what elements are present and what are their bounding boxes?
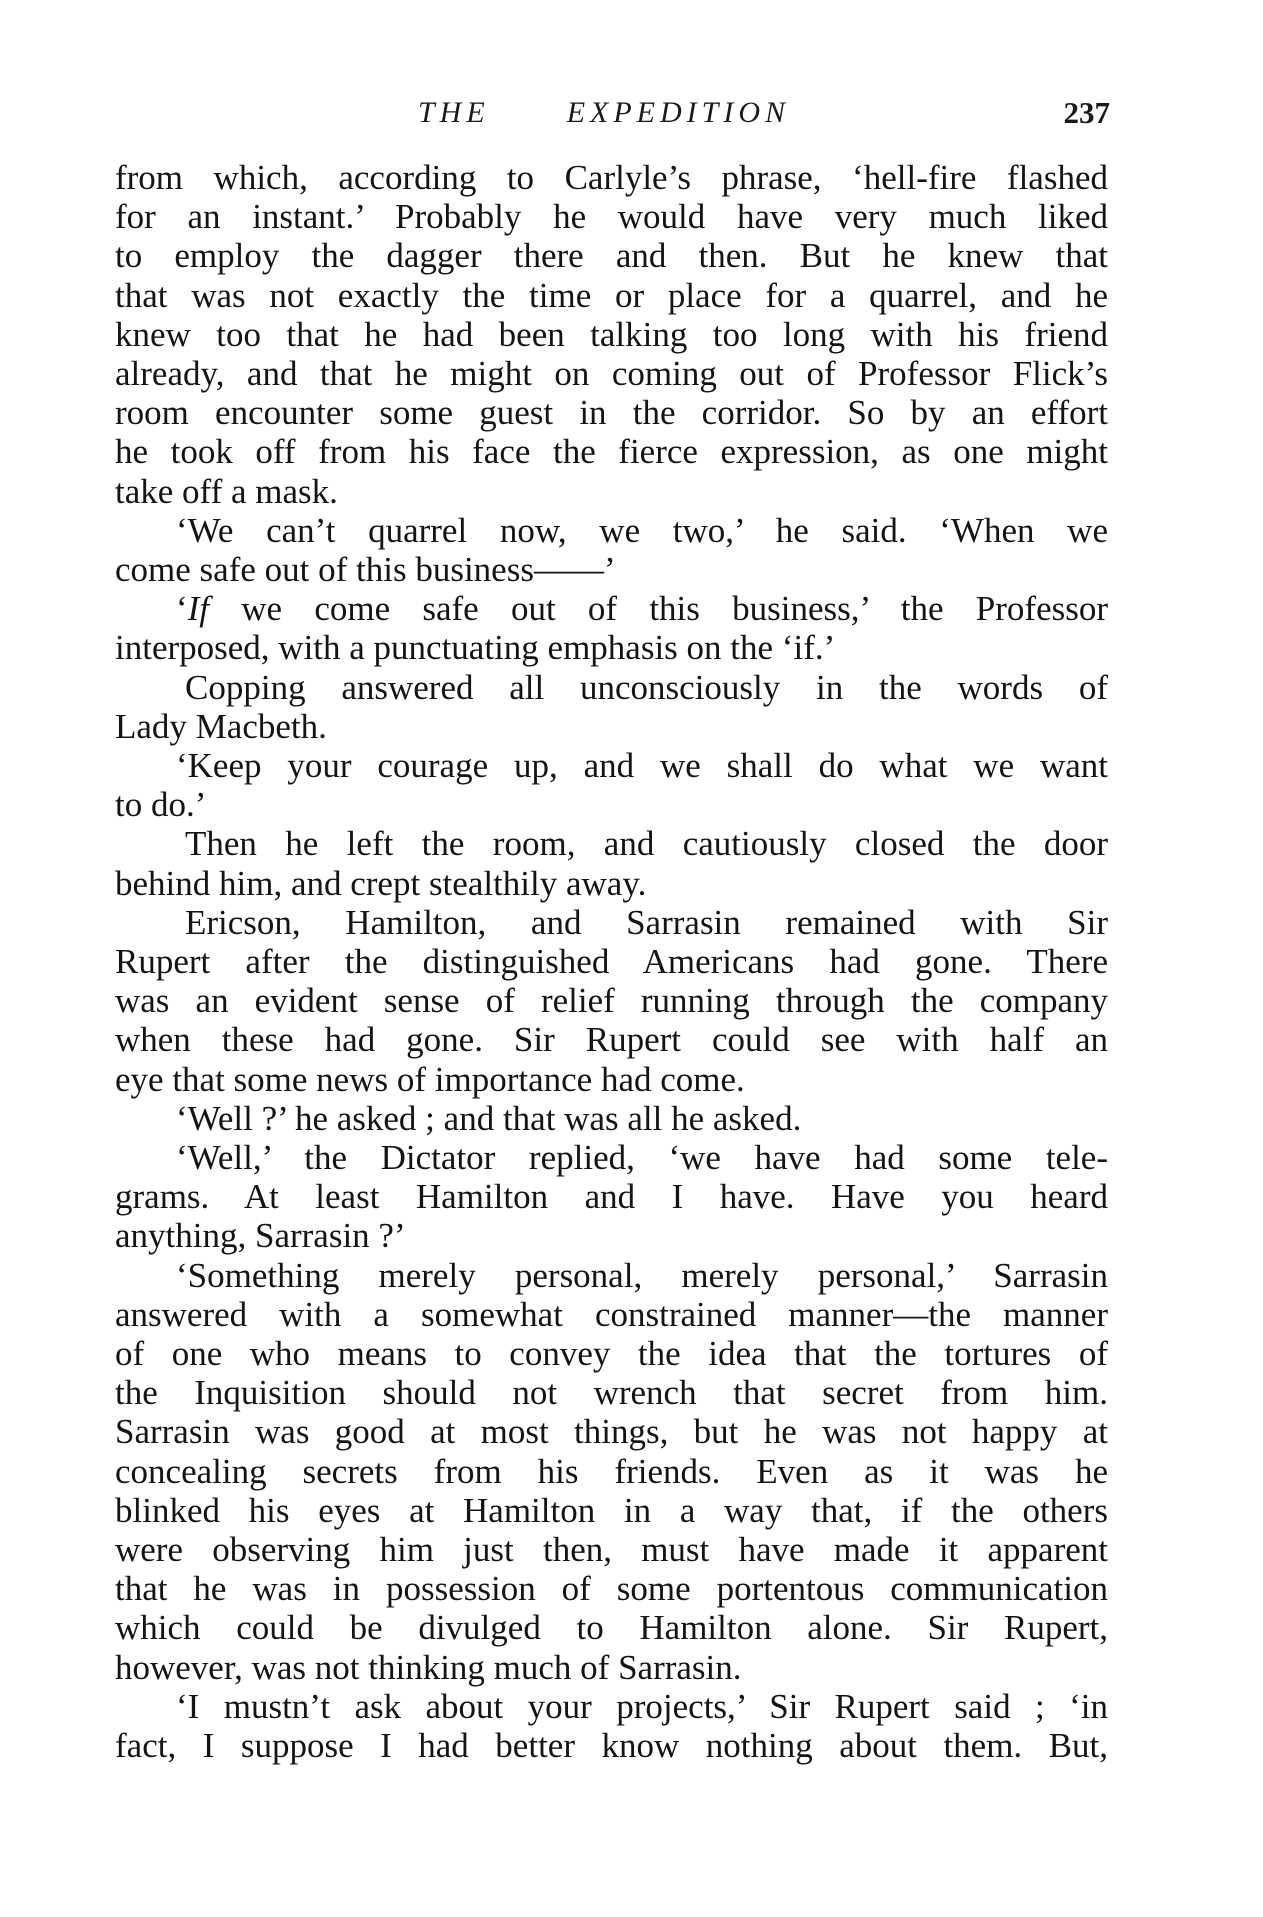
- text-line: concealing secrets from his friends. Eve…: [115, 1452, 1108, 1492]
- book-page: THE EXPEDITION 237 from which, according…: [0, 0, 1263, 1917]
- text-line: ‘Something merely personal, merely perso…: [176, 1256, 1108, 1296]
- text-line: Rupert after the distinguished Americans…: [115, 942, 1108, 982]
- text-line: blinked his eyes at Hamilton in a way th…: [115, 1491, 1108, 1531]
- text-line: Copping answered all unconsciously in th…: [185, 668, 1108, 708]
- text-line: knew too that he had been talking too lo…: [115, 315, 1108, 355]
- text-line: the Inquisition should not wrench that s…: [115, 1373, 1108, 1413]
- italic-emphasis: If: [188, 589, 209, 628]
- text-line: Then he left the room, and cautiously cl…: [185, 824, 1108, 864]
- text-line: interposed, with a punctuating emphasis …: [115, 628, 1108, 668]
- text-line: fact, I suppose I had better know nothin…: [115, 1726, 1108, 1766]
- text-line: room encounter some guest in the corrido…: [115, 393, 1108, 433]
- text-line: Ericson, Hamilton, and Sarrasin remained…: [185, 903, 1108, 943]
- text-line: which could be divulged to Hamilton alon…: [115, 1608, 1108, 1648]
- text-line: when these had gone. Sir Rupert could se…: [115, 1020, 1108, 1060]
- text-line: already, and that he might on coming out…: [115, 354, 1108, 394]
- text-line: he took off from his face the fierce exp…: [115, 432, 1108, 472]
- text-line: grams. At least Hamilton and I have. Hav…: [115, 1177, 1108, 1217]
- text-line: answered with a somewhat constrained man…: [115, 1295, 1108, 1335]
- text-line: Sarrasin was good at most things, but he…: [115, 1412, 1108, 1452]
- text-line: to employ the dagger there and then. But…: [115, 236, 1108, 276]
- text-line: were observing him just then, must have …: [115, 1530, 1108, 1570]
- text-line: come safe out of this business——’: [115, 550, 1108, 590]
- text-line: ‘If we come safe out of this business,’ …: [176, 589, 1108, 629]
- text-line: to do.’: [115, 785, 1108, 825]
- text-line: take off a mask.: [115, 472, 1108, 512]
- body-text: from which, according to Carlyle’s phras…: [0, 0, 1263, 1917]
- text-line: that he was in possession of some porten…: [115, 1569, 1108, 1609]
- text-line: ‘Well ?’ he asked ; and that was all he …: [176, 1099, 1108, 1139]
- text-line: eye that some news of importance had com…: [115, 1060, 1108, 1100]
- text-line: that was not exactly the time or place f…: [115, 276, 1108, 316]
- text-line: behind him, and crept stealthily away.: [115, 864, 1108, 904]
- text-line: for an instant.’ Probably he would have …: [115, 197, 1108, 237]
- text-line: ‘Keep your courage up, and we shall do w…: [176, 746, 1108, 786]
- text-line: ‘We can’t quarrel now, we two,’ he said.…: [176, 511, 1108, 551]
- text-line: was an evident sense of relief running t…: [115, 981, 1108, 1021]
- text-line: Lady Macbeth.: [115, 707, 1108, 747]
- text-line: ‘Well,’ the Dictator replied, ‘we have h…: [176, 1138, 1108, 1178]
- text-line: from which, according to Carlyle’s phras…: [115, 158, 1108, 198]
- text-line: anything, Sarrasin ?’: [115, 1216, 1108, 1256]
- text-line: however, was not thinking much of Sarras…: [115, 1648, 1108, 1688]
- text-line: of one who means to convey the idea that…: [115, 1334, 1108, 1374]
- text-line: ‘I mustn’t ask about your projects,’ Sir…: [176, 1687, 1108, 1727]
